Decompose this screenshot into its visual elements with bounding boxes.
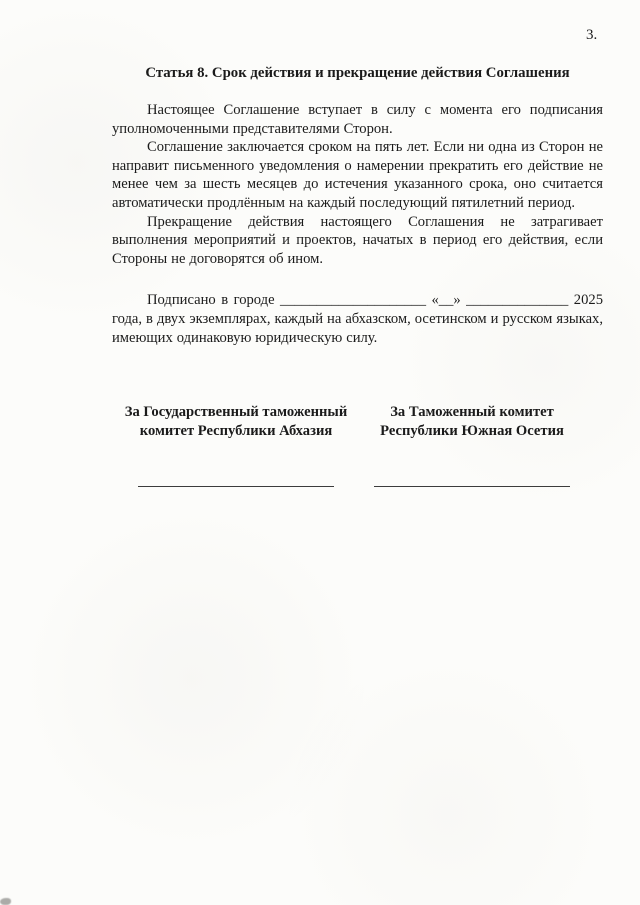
- signature-party-abkhazia: За Государственный таможенный комитет Ре…: [112, 403, 360, 487]
- signing-clause: Подписано в городе ____________________ …: [112, 291, 603, 347]
- scan-artifact-speck: [0, 898, 11, 905]
- page-content: Статья 8. Срок действия и прекращение де…: [112, 64, 603, 487]
- paragraph-entry-into-force: Настоящее Соглашение вступает в силу с м…: [112, 101, 603, 138]
- signature-party-south-ossetia: За Таможенный комитет Республики Южная О…: [372, 403, 572, 487]
- scanned-document-page: { "page": { "number": "3.", "heading": "…: [0, 0, 640, 905]
- signature-block: За Государственный таможенный комитет Ре…: [112, 403, 603, 487]
- paragraph-termination-effects: Прекращение действия настоящего Соглашен…: [112, 213, 603, 269]
- signature-party-south-ossetia-label: За Таможенный комитет Республики Южная О…: [372, 403, 572, 441]
- signature-line-right: [374, 486, 570, 487]
- paragraph-term-and-renewal: Соглашение заключается сроком на пять ле…: [112, 138, 603, 212]
- signature-line-left: [138, 486, 334, 487]
- page-number: 3.: [586, 26, 597, 44]
- signature-party-abkhazia-label: За Государственный таможенный комитет Ре…: [112, 403, 360, 441]
- article-heading: Статья 8. Срок действия и прекращение де…: [112, 64, 603, 83]
